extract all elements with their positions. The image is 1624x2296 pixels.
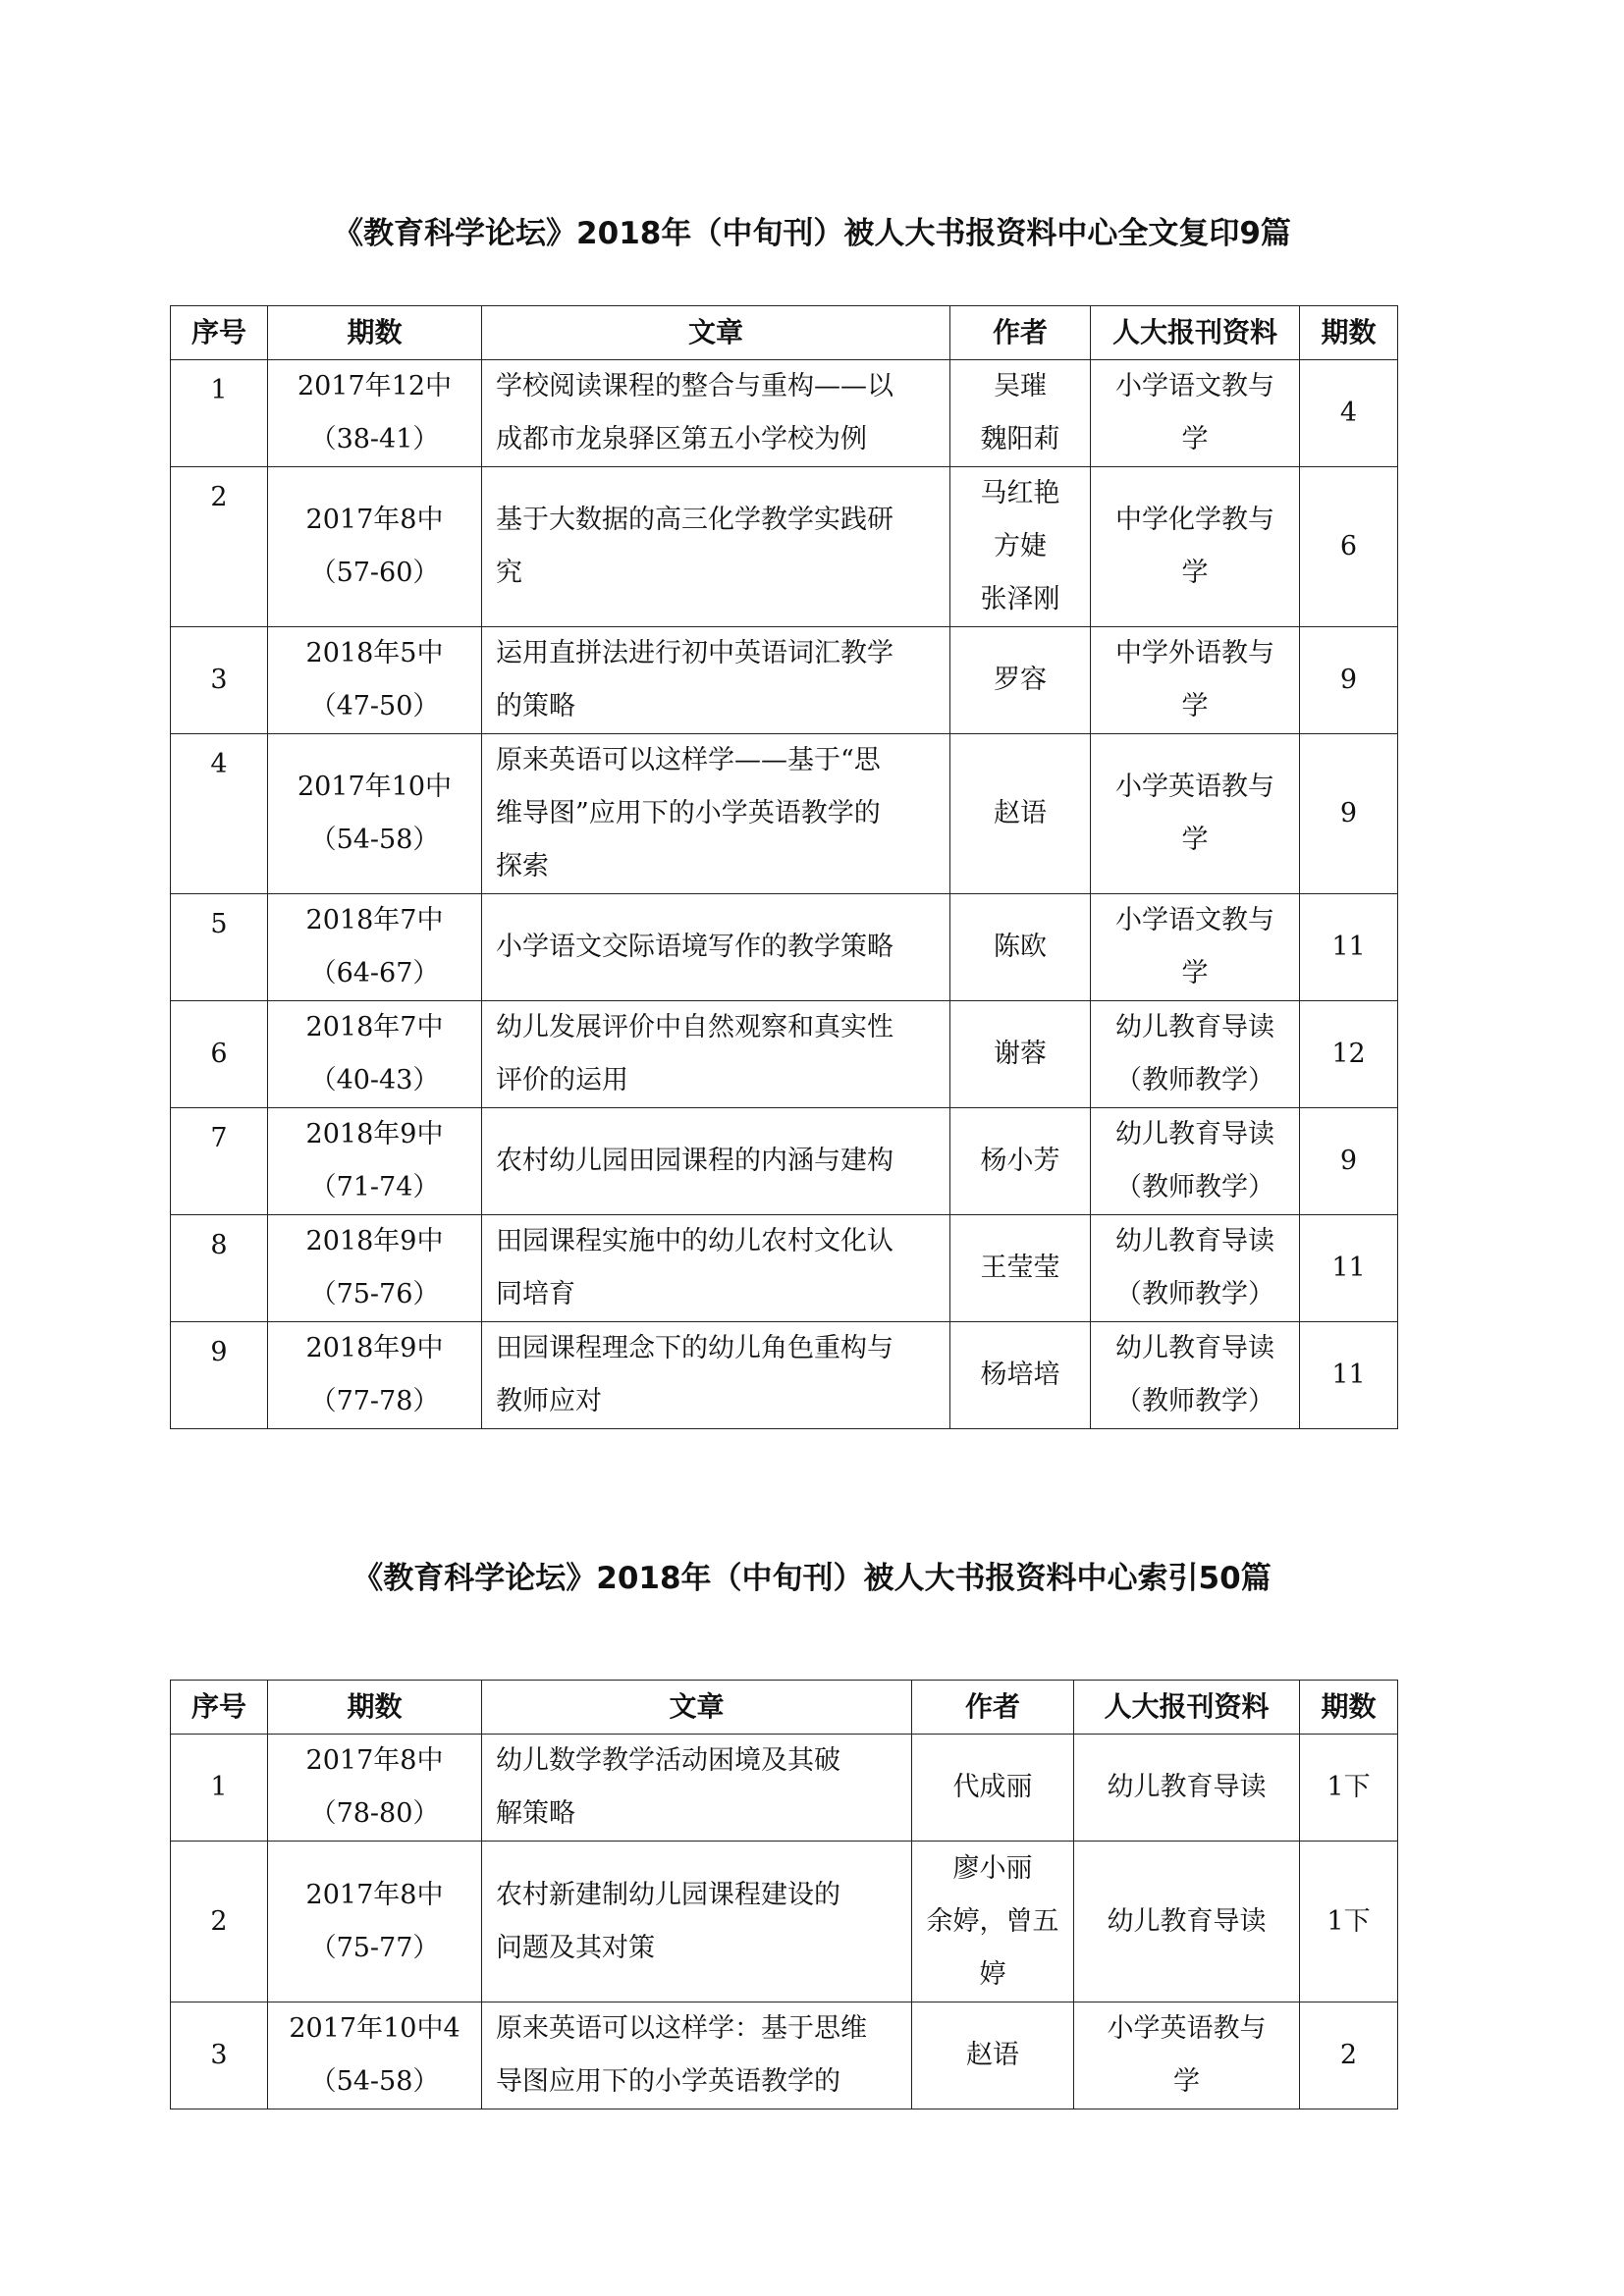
cell-article: 学校阅读课程的整合与重构——以成都市龙泉驿区第五小学校为例	[482, 360, 950, 467]
cell-author-line: 赵语	[964, 787, 1076, 840]
cell-article-line: 解策略	[496, 1788, 897, 1841]
cell-issue-line: 2018年5中	[282, 627, 467, 680]
cell-article: 农村新建制幼儿园课程建设的问题及其对策	[482, 1842, 912, 2002]
cell-article-line: 基于大数据的高三化学教学实践研	[496, 494, 936, 547]
cell-author-line: 王莹莹	[964, 1242, 1076, 1295]
cell-article: 原来英语可以这样学——基于“思维导图”应用下的小学英语教学的探索	[482, 734, 950, 894]
cell-source-line: 学	[1105, 947, 1285, 1000]
cell-author-line: 杨小芳	[964, 1135, 1076, 1188]
cell-author-line: 杨培培	[964, 1349, 1076, 1402]
cell-issue: 2018年7中（64-67）	[268, 894, 482, 1001]
cell-issue-line: 2018年9中	[282, 1215, 467, 1268]
cell-issue: 2018年9中（71-74）	[268, 1108, 482, 1215]
cell-article-line: 农村幼儿园田园课程的内涵与建构	[496, 1135, 936, 1188]
cell-author: 罗容	[950, 627, 1091, 734]
cell-issue-line: 2018年7中	[282, 894, 467, 947]
cell-issue-line: （38-41）	[282, 413, 467, 466]
cell-issue-line: （78-80）	[282, 1788, 467, 1841]
cell-article-line: 究	[496, 547, 936, 600]
cell-source-line: 幼儿教育导读	[1088, 1761, 1285, 1814]
cell-issue: 2018年7中（40-43）	[268, 1001, 482, 1108]
cell-source-line: 小学英语教与	[1088, 2002, 1285, 2056]
col-header-issue: 期数	[268, 306, 482, 360]
cell-no: 3	[171, 2002, 268, 2109]
col-header-author: 作者	[950, 306, 1091, 360]
cell-article-line: 学校阅读课程的整合与重构——以	[496, 360, 936, 413]
cell-num: 11	[1300, 1215, 1398, 1322]
cell-issue-line: （75-77）	[282, 1922, 467, 1975]
cell-source-line: 学	[1105, 547, 1285, 600]
cell-issue-line: 2017年10中4	[282, 2002, 467, 2056]
cell-author: 赵语	[912, 2002, 1074, 2109]
table-row: 12017年8中（78-80）幼儿数学教学活动困境及其破解策略代成丽幼儿教育导读…	[171, 1735, 1398, 1842]
cell-source: 幼儿教育导读	[1074, 1842, 1300, 2002]
table-row: 22017年8中（57-60）基于大数据的高三化学教学实践研究马红艳方婕张泽刚中…	[171, 467, 1398, 627]
col-header-author: 作者	[912, 1681, 1074, 1735]
cell-no: 2	[171, 1842, 268, 2002]
cell-article: 幼儿发展评价中自然观察和真实性评价的运用	[482, 1001, 950, 1108]
cell-issue-line: 2017年8中	[282, 1869, 467, 1922]
cell-no: 4	[171, 734, 268, 894]
cell-article-line: 田园课程实施中的幼儿农村文化认	[496, 1215, 936, 1268]
cell-source: 幼儿教育导读（教师教学）	[1091, 1215, 1300, 1322]
cell-author-line: 谢蓉	[964, 1028, 1076, 1081]
cell-num: 9	[1300, 734, 1398, 894]
col-header-source: 人大报刊资料	[1074, 1681, 1300, 1735]
cell-no: 9	[171, 1322, 268, 1429]
cell-source: 中学外语教与学	[1091, 627, 1300, 734]
cell-article: 农村幼儿园田园课程的内涵与建构	[482, 1108, 950, 1215]
cell-issue-line: 2018年9中	[282, 1108, 467, 1161]
cell-issue: 2018年9中（77-78）	[268, 1322, 482, 1429]
cell-issue-line: （71-74）	[282, 1161, 467, 1214]
cell-issue: 2017年10中4（54-58）	[268, 2002, 482, 2109]
table-row: 22017年8中（75-77）农村新建制幼儿园课程建设的问题及其对策廖小丽余婷，…	[171, 1842, 1398, 2002]
cell-issue-line: 2018年9中	[282, 1322, 467, 1375]
cell-issue-line: （64-67）	[282, 947, 467, 1000]
cell-source: 中学化学教与学	[1091, 467, 1300, 627]
cell-article: 基于大数据的高三化学教学实践研究	[482, 467, 950, 627]
cell-author: 谢蓉	[950, 1001, 1091, 1108]
cell-author-line: 余婷，曾五	[926, 1896, 1059, 1949]
cell-article-line: 运用直拼法进行初中英语词汇教学	[496, 627, 936, 680]
cell-author-line: 婷	[926, 1949, 1059, 2002]
cell-num: 11	[1300, 1322, 1398, 1429]
table-row: 32017年10中4（54-58）原来英语可以这样学：基于思维导图应用下的小学英…	[171, 2002, 1398, 2109]
col-header-no: 序号	[171, 1681, 268, 1735]
cell-source-line: 幼儿教育导读	[1105, 1215, 1285, 1268]
cell-author-line: 吴璀	[964, 360, 1076, 413]
cell-article: 田园课程理念下的幼儿角色重构与教师应对	[482, 1322, 950, 1429]
cell-issue: 2018年5中（47-50）	[268, 627, 482, 734]
cell-article-line: 的策略	[496, 680, 936, 733]
cell-source-line: 学	[1088, 2056, 1285, 2109]
cell-issue-line: 2017年8中	[282, 494, 467, 547]
cell-article-line: 探索	[496, 840, 936, 893]
table-row: 92018年9中（77-78）田园课程理念下的幼儿角色重构与教师应对杨培培幼儿教…	[171, 1322, 1398, 1429]
cell-num: 1下	[1300, 1735, 1398, 1842]
cell-author: 王莹莹	[950, 1215, 1091, 1322]
cell-no: 8	[171, 1215, 268, 1322]
col-header-num: 期数	[1300, 306, 1398, 360]
cell-source-line: 幼儿教育导读	[1105, 1108, 1285, 1161]
cell-issue-line: 2018年7中	[282, 1001, 467, 1054]
table-full-text-reprints: 序号 期数 文章 作者 人大报刊资料 期数 12017年12中（38-41）学校…	[170, 305, 1398, 1429]
cell-issue-line: （57-60）	[282, 547, 467, 600]
cell-issue: 2017年10中（54-58）	[268, 734, 482, 894]
cell-issue: 2017年12中（38-41）	[268, 360, 482, 467]
cell-num: 2	[1300, 2002, 1398, 2109]
table-header-row: 序号 期数 文章 作者 人大报刊资料 期数	[171, 1681, 1398, 1735]
cell-issue-line: （75-76）	[282, 1268, 467, 1321]
cell-author: 陈欧	[950, 894, 1091, 1001]
cell-num: 9	[1300, 627, 1398, 734]
section2-title: 《教育科学论坛》2018年（中旬刊）被人大书报资料中心索引50篇	[0, 1553, 1624, 1597]
cell-issue-line: （54-58）	[282, 2056, 467, 2109]
cell-author: 杨培培	[950, 1322, 1091, 1429]
cell-source-line: 小学语文教与	[1105, 360, 1285, 413]
cell-source: 幼儿教育导读	[1074, 1735, 1300, 1842]
cell-author-line: 陈欧	[964, 921, 1076, 974]
cell-issue-line: （77-78）	[282, 1375, 467, 1428]
table-row: 12017年12中（38-41）学校阅读课程的整合与重构——以成都市龙泉驿区第五…	[171, 360, 1398, 467]
cell-author: 赵语	[950, 734, 1091, 894]
cell-article-line: 成都市龙泉驿区第五小学校为例	[496, 413, 936, 466]
cell-num: 9	[1300, 1108, 1398, 1215]
cell-author: 马红艳方婕张泽刚	[950, 467, 1091, 627]
cell-article: 幼儿数学教学活动困境及其破解策略	[482, 1735, 912, 1842]
col-header-no: 序号	[171, 306, 268, 360]
cell-num: 6	[1300, 467, 1398, 627]
cell-source-line: 幼儿教育导读	[1105, 1322, 1285, 1375]
cell-author: 吴璀魏阳莉	[950, 360, 1091, 467]
cell-article-line: 导图应用下的小学英语教学的	[496, 2056, 897, 2109]
cell-source: 小学语文教与学	[1091, 894, 1300, 1001]
table-header-row: 序号 期数 文章 作者 人大报刊资料 期数	[171, 306, 1398, 360]
cell-issue-line: （40-43）	[282, 1054, 467, 1107]
cell-source: 幼儿教育导读（教师教学）	[1091, 1108, 1300, 1215]
cell-issue: 2017年8中（75-77）	[268, 1842, 482, 2002]
cell-source-line: （教师教学）	[1105, 1161, 1285, 1214]
cell-source-line: （教师教学）	[1105, 1375, 1285, 1428]
cell-no: 6	[171, 1001, 268, 1108]
cell-no: 2	[171, 467, 268, 627]
cell-article-line: 田园课程理念下的幼儿角色重构与	[496, 1322, 936, 1375]
table-row: 42017年10中（54-58）原来英语可以这样学——基于“思维导图”应用下的小…	[171, 734, 1398, 894]
cell-num: 4	[1300, 360, 1398, 467]
cell-author: 廖小丽余婷，曾五婷	[912, 1842, 1074, 2002]
table-row: 62018年7中（40-43）幼儿发展评价中自然观察和真实性评价的运用谢蓉幼儿教…	[171, 1001, 1398, 1108]
cell-author: 代成丽	[912, 1735, 1074, 1842]
section1-title: 《教育科学论坛》2018年（中旬刊）被人大书报资料中心全文复印9篇	[0, 208, 1624, 252]
table-row: 82018年9中（75-76）田园课程实施中的幼儿农村文化认同培育王莹莹幼儿教育…	[171, 1215, 1398, 1322]
cell-article-line: 维导图”应用下的小学英语教学的	[496, 787, 936, 840]
cell-article-line: 原来英语可以这样学：基于思维	[496, 2002, 897, 2056]
cell-source-line: （教师教学）	[1105, 1054, 1285, 1107]
table-index-citations: 序号 期数 文章 作者 人大报刊资料 期数 12017年8中（78-80）幼儿数…	[170, 1680, 1398, 2109]
cell-author-line: 代成丽	[926, 1761, 1059, 1814]
col-header-article: 文章	[482, 306, 950, 360]
table-row: 32018年5中（47-50）运用直拼法进行初中英语词汇教学的策略罗容中学外语教…	[171, 627, 1398, 734]
cell-issue: 2017年8中（57-60）	[268, 467, 482, 627]
cell-author-line: 魏阳莉	[964, 413, 1076, 466]
cell-article-line: 教师应对	[496, 1375, 936, 1428]
cell-author-line: 廖小丽	[926, 1842, 1059, 1896]
cell-source-line: （教师教学）	[1105, 1268, 1285, 1321]
cell-author-line: 罗容	[964, 654, 1076, 707]
cell-author: 杨小芳	[950, 1108, 1091, 1215]
cell-num: 11	[1300, 894, 1398, 1001]
cell-article-line: 小学语文交际语境写作的教学策略	[496, 921, 936, 974]
cell-issue-line: （47-50）	[282, 680, 467, 733]
cell-source: 幼儿教育导读（教师教学）	[1091, 1322, 1300, 1429]
cell-num: 1下	[1300, 1842, 1398, 2002]
cell-issue-line: 2017年10中	[282, 761, 467, 814]
cell-article-line: 评价的运用	[496, 1054, 936, 1107]
cell-issue-line: （54-58）	[282, 814, 467, 867]
cell-source: 小学英语教与学	[1074, 2002, 1300, 2109]
cell-author-line: 赵语	[926, 2029, 1059, 2082]
cell-source: 幼儿教育导读（教师教学）	[1091, 1001, 1300, 1108]
cell-article-line: 幼儿发展评价中自然观察和真实性	[496, 1001, 936, 1054]
cell-issue: 2017年8中（78-80）	[268, 1735, 482, 1842]
table-row: 52018年7中（64-67）小学语文交际语境写作的教学策略陈欧小学语文教与学1…	[171, 894, 1398, 1001]
cell-source: 小学英语教与学	[1091, 734, 1300, 894]
col-header-source: 人大报刊资料	[1091, 306, 1300, 360]
cell-article: 原来英语可以这样学：基于思维导图应用下的小学英语教学的	[482, 2002, 912, 2109]
col-header-issue: 期数	[268, 1681, 482, 1735]
cell-author-line: 马红艳	[964, 467, 1076, 520]
cell-article-line: 幼儿数学教学活动困境及其破	[496, 1735, 897, 1788]
cell-num: 12	[1300, 1001, 1398, 1108]
cell-issue-line: 2017年8中	[282, 1735, 467, 1788]
cell-no: 7	[171, 1108, 268, 1215]
cell-source-line: 幼儿教育导读	[1088, 1896, 1285, 1949]
cell-article: 运用直拼法进行初中英语词汇教学的策略	[482, 627, 950, 734]
cell-article-line: 农村新建制幼儿园课程建设的	[496, 1869, 897, 1922]
cell-article: 田园课程实施中的幼儿农村文化认同培育	[482, 1215, 950, 1322]
cell-author-line: 张泽刚	[964, 573, 1076, 626]
cell-no: 5	[171, 894, 268, 1001]
cell-source-line: 小学语文教与	[1105, 894, 1285, 947]
col-header-num: 期数	[1300, 1681, 1398, 1735]
cell-source-line: 幼儿教育导读	[1105, 1001, 1285, 1054]
cell-source-line: 中学外语教与	[1105, 627, 1285, 680]
cell-no: 1	[171, 360, 268, 467]
cell-issue: 2018年9中（75-76）	[268, 1215, 482, 1322]
cell-no: 3	[171, 627, 268, 734]
cell-source-line: 学	[1105, 814, 1285, 867]
cell-source-line: 小学英语教与	[1105, 761, 1285, 814]
cell-article: 小学语文交际语境写作的教学策略	[482, 894, 950, 1001]
cell-article-line: 同培育	[496, 1268, 936, 1321]
cell-source: 小学语文教与学	[1091, 360, 1300, 467]
cell-source-line: 中学化学教与	[1105, 494, 1285, 547]
cell-no: 1	[171, 1735, 268, 1842]
col-header-article: 文章	[482, 1681, 912, 1735]
cell-source-line: 学	[1105, 680, 1285, 733]
cell-source-line: 学	[1105, 413, 1285, 466]
table-row: 72018年9中（71-74）农村幼儿园田园课程的内涵与建构杨小芳幼儿教育导读（…	[171, 1108, 1398, 1215]
cell-article-line: 问题及其对策	[496, 1922, 897, 1975]
cell-author-line: 方婕	[964, 520, 1076, 573]
cell-article-line: 原来英语可以这样学——基于“思	[496, 734, 936, 787]
cell-issue-line: 2017年12中	[282, 360, 467, 413]
